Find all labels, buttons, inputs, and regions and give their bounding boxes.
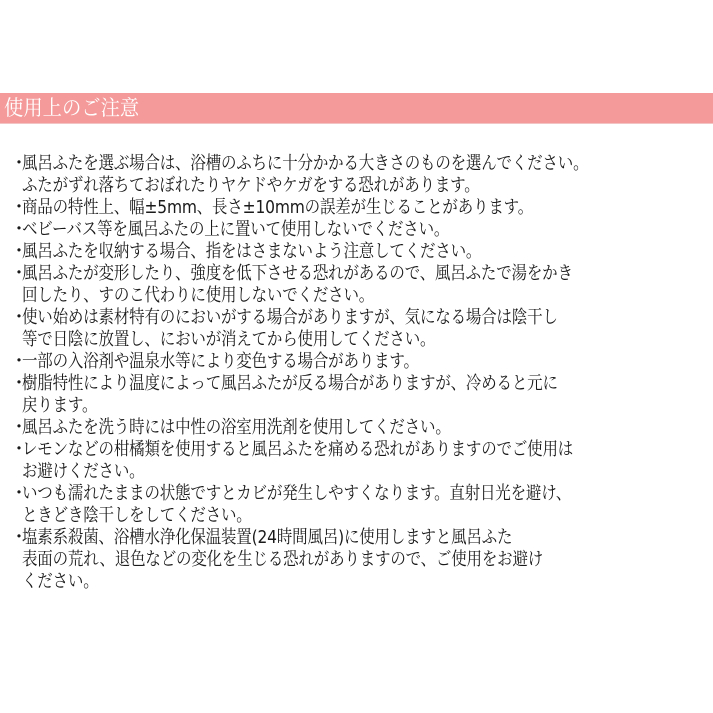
bullet-icon: ・ xyxy=(10,307,22,329)
caution-text: 風呂ふたが変形したり、強度を低下させる恐れがあるので、風呂ふたで湯をかき xyxy=(22,263,573,285)
caution-item: ・ 樹脂特性により温度によって風呂ふたが反る場合がありますが、冷めると元に 戻り… xyxy=(10,373,710,417)
caution-text: 塩素系殺菌、浴槽水浄化保温装置(24時間風呂)に使用しますと風呂ふた xyxy=(22,527,543,549)
bullet-icon: ・ xyxy=(10,241,22,263)
bullet-icon: ・ xyxy=(10,197,22,219)
caution-text: 使い始めは素材特有のにおいがする場合がありますが、気になる場合は陰干し xyxy=(22,307,558,329)
caution-item: ・ レモンなどの柑橘類を使用すると風呂ふたを痛める恐れがありますのでご使用は お… xyxy=(10,439,710,483)
caution-text: ください。 xyxy=(22,571,543,593)
caution-text: 樹脂特性により温度によって風呂ふたが反る場合がありますが、冷めると元に xyxy=(22,373,558,395)
section-header-bar: 使用上のご注意 xyxy=(0,93,713,124)
caution-text: レモンなどの柑橘類を使用すると風呂ふたを痛める恐れがありますのでご使用は xyxy=(22,439,573,461)
caution-item: ・ 一部の入浴剤や温泉水等により変色する場合があります。 xyxy=(10,351,710,373)
bullet-icon: ・ xyxy=(10,527,22,549)
caution-item: ・ ベビーバス等を風呂ふたの上に置いて使用しないでください。 xyxy=(10,219,710,241)
bullet-icon: ・ xyxy=(10,153,22,175)
caution-text: 回したり、すのこ代わりに使用しないでください。 xyxy=(22,285,573,307)
caution-text: 表面の荒れ、退色などの変化を生じる恐れがありますので、ご使用をお避け xyxy=(22,549,543,571)
caution-text: 等で日陰に放置し、においが消えてから使用してください。 xyxy=(22,329,558,351)
caution-text: ふたがずれ落ちておぼれたりヤケドやケガをする恐れがあります。 xyxy=(22,175,588,197)
caution-text: 商品の特性上、幅±5mm、長さ±10mmの誤差が生じることがあります。 xyxy=(22,197,533,219)
caution-text: いつも濡れたままの状態ですとカビが発生しやすくなります。直射日光を避け、 xyxy=(22,483,571,505)
section-title: 使用上のご注意 xyxy=(4,96,139,121)
caution-item: ・ 商品の特性上、幅±5mm、長さ±10mmの誤差が生じることがあります。 xyxy=(10,197,710,219)
caution-item: ・ 風呂ふたを収納する場合、指をはさまないよう注意してください。 xyxy=(10,241,710,263)
bullet-icon: ・ xyxy=(10,219,22,241)
bullet-icon: ・ xyxy=(10,351,22,373)
caution-text: ときどき陰干しをしてください。 xyxy=(22,505,571,527)
caution-text: 風呂ふたを選ぶ場合は、浴槽のふちに十分かかる大きさのものを選んでください。 xyxy=(22,153,588,175)
bullet-icon: ・ xyxy=(10,373,22,395)
bullet-icon: ・ xyxy=(10,417,22,439)
caution-list: ・ 風呂ふたを選ぶ場合は、浴槽のふちに十分かかる大きさのものを選んでください。 … xyxy=(10,153,710,593)
caution-text: 風呂ふたを洗う時には中性の浴室用洗剤を使用してください。 xyxy=(22,417,451,439)
caution-item: ・ 風呂ふたが変形したり、強度を低下させる恐れがあるので、風呂ふたで湯をかき 回… xyxy=(10,263,710,307)
caution-text: 一部の入浴剤や温泉水等により変色する場合があります。 xyxy=(22,351,419,373)
caution-item: ・ 風呂ふたを洗う時には中性の浴室用洗剤を使用してください。 xyxy=(10,417,710,439)
caution-item: ・ 風呂ふたを選ぶ場合は、浴槽のふちに十分かかる大きさのものを選んでください。 … xyxy=(10,153,710,197)
bullet-icon: ・ xyxy=(10,483,22,505)
caution-item: ・ いつも濡れたままの状態ですとカビが発生しやすくなります。直射日光を避け、 と… xyxy=(10,483,710,527)
caution-text: お避けください。 xyxy=(22,461,573,483)
caution-item: ・ 塩素系殺菌、浴槽水浄化保温装置(24時間風呂)に使用しますと風呂ふた 表面の… xyxy=(10,527,710,593)
bullet-icon: ・ xyxy=(10,439,22,461)
bullet-icon: ・ xyxy=(10,263,22,285)
caution-item: ・ 使い始めは素材特有のにおいがする場合がありますが、気になる場合は陰干し 等で… xyxy=(10,307,710,351)
caution-text: 風呂ふたを収納する場合、指をはさまないよう注意してください。 xyxy=(22,241,481,263)
caution-text: ベビーバス等を風呂ふたの上に置いて使用しないでください。 xyxy=(22,219,449,241)
caution-text: 戻ります。 xyxy=(22,395,558,417)
